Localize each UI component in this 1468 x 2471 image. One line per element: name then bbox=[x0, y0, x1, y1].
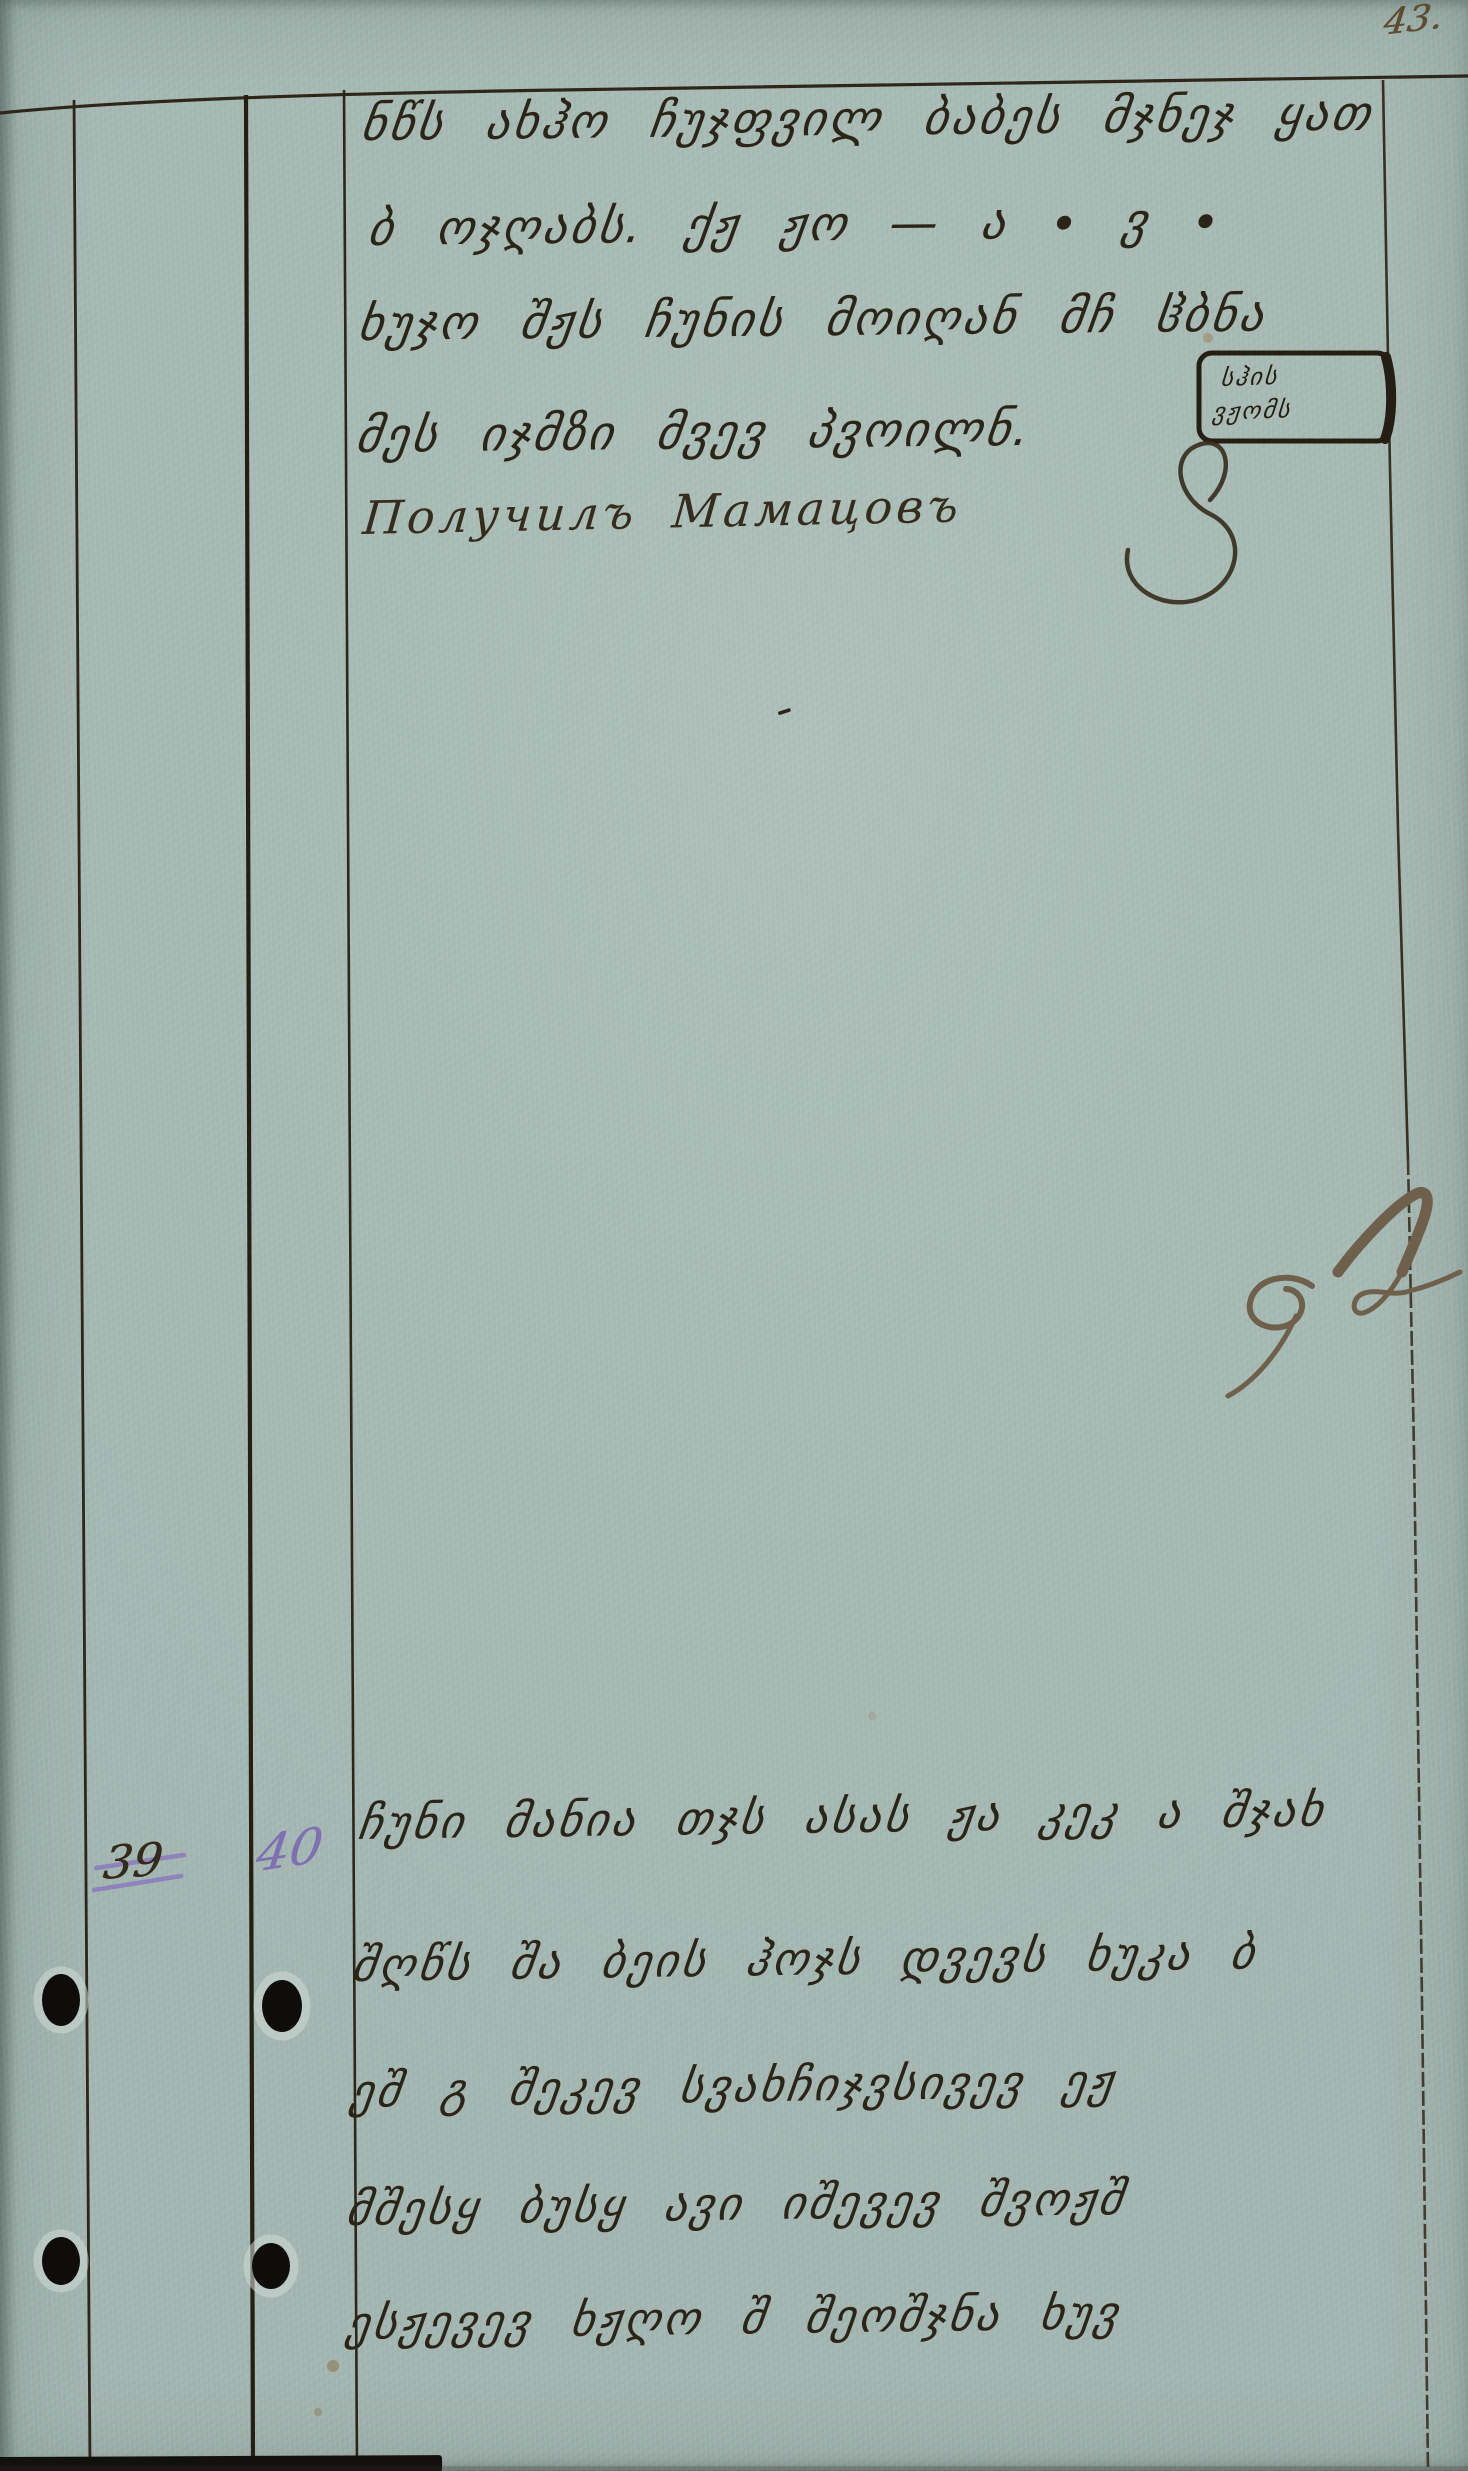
page-number: 43. bbox=[1381, 0, 1444, 42]
top-entry-line-2: ბ ოჯღაბს. ქჟ ჟო — ა ∙ ვ ∙ bbox=[365, 196, 1227, 253]
paraph-thick-stroke bbox=[1338, 1192, 1427, 1272]
punch-hole bbox=[42, 2237, 80, 2285]
bottom-entry-line-4: მშესყ ბუსყ ავი იშევევ შვოჟშ bbox=[343, 2175, 1129, 2232]
top-entry-line-4: მეს იჯმზი მვევ პვოილნ. bbox=[353, 405, 1036, 460]
crossed-entry-number: 39 bbox=[101, 1836, 165, 1886]
annotation-box-line-2: ვჟომს bbox=[1211, 397, 1293, 424]
manuscript-page: 43. ნწს ახჰო ჩუჯფვილ ბაბეს მჯნეჯ ყათ ბ ო… bbox=[0, 0, 1468, 2471]
received-note: Получилъ Мамацовъ bbox=[361, 482, 964, 541]
bottom-entry-line-3: ეშ გ შეკევ სვახჩიჯვსივევ ეჟ bbox=[347, 2057, 1119, 2114]
paraph-loop bbox=[1250, 1278, 1312, 1328]
bottom-entry-line-2: შღწს შა ბეის ჰოჯს დვევს ხუკა ბ bbox=[349, 1929, 1261, 1988]
punch-hole bbox=[252, 2243, 290, 2289]
right-rule-lower bbox=[1408, 1160, 1428, 2471]
entry-number: 40 bbox=[254, 1820, 326, 1879]
bottom-entry-line-1: ჩუნი მანია თჯს ასას ჟა კეკ ა შჯახ bbox=[355, 1787, 1329, 1846]
column-rule-1 bbox=[74, 100, 90, 2471]
column-rule-2 bbox=[246, 95, 253, 2471]
stain bbox=[868, 1712, 876, 1720]
signature-flourish bbox=[1127, 443, 1235, 602]
annotation-box-line-1: სჰის bbox=[1219, 364, 1279, 390]
stain bbox=[314, 2408, 322, 2416]
right-rule-upper bbox=[1383, 80, 1408, 1160]
punch-hole bbox=[262, 1980, 302, 2032]
punch-hole bbox=[42, 1974, 80, 2026]
annotation-box-heavy-edge bbox=[1385, 357, 1391, 439]
bottom-entry-line-5: ესჟევევ ხჟღო შ შეოშჯნა ხუვ bbox=[343, 2289, 1124, 2346]
paraph-sweep bbox=[1354, 1272, 1460, 1313]
stain bbox=[327, 2360, 339, 2372]
bottom-edge-shade bbox=[0, 2466, 1468, 2471]
top-entry-line-3: ხუჯო შჟს ჩუნის მოიღან მჩ ჱბნა bbox=[355, 291, 1271, 348]
ink-speck bbox=[778, 708, 791, 715]
top-entry-line-1: ნწს ახჰო ჩუჯფვილ ბაბეს მჯნეჯ ყათ bbox=[358, 89, 1377, 148]
